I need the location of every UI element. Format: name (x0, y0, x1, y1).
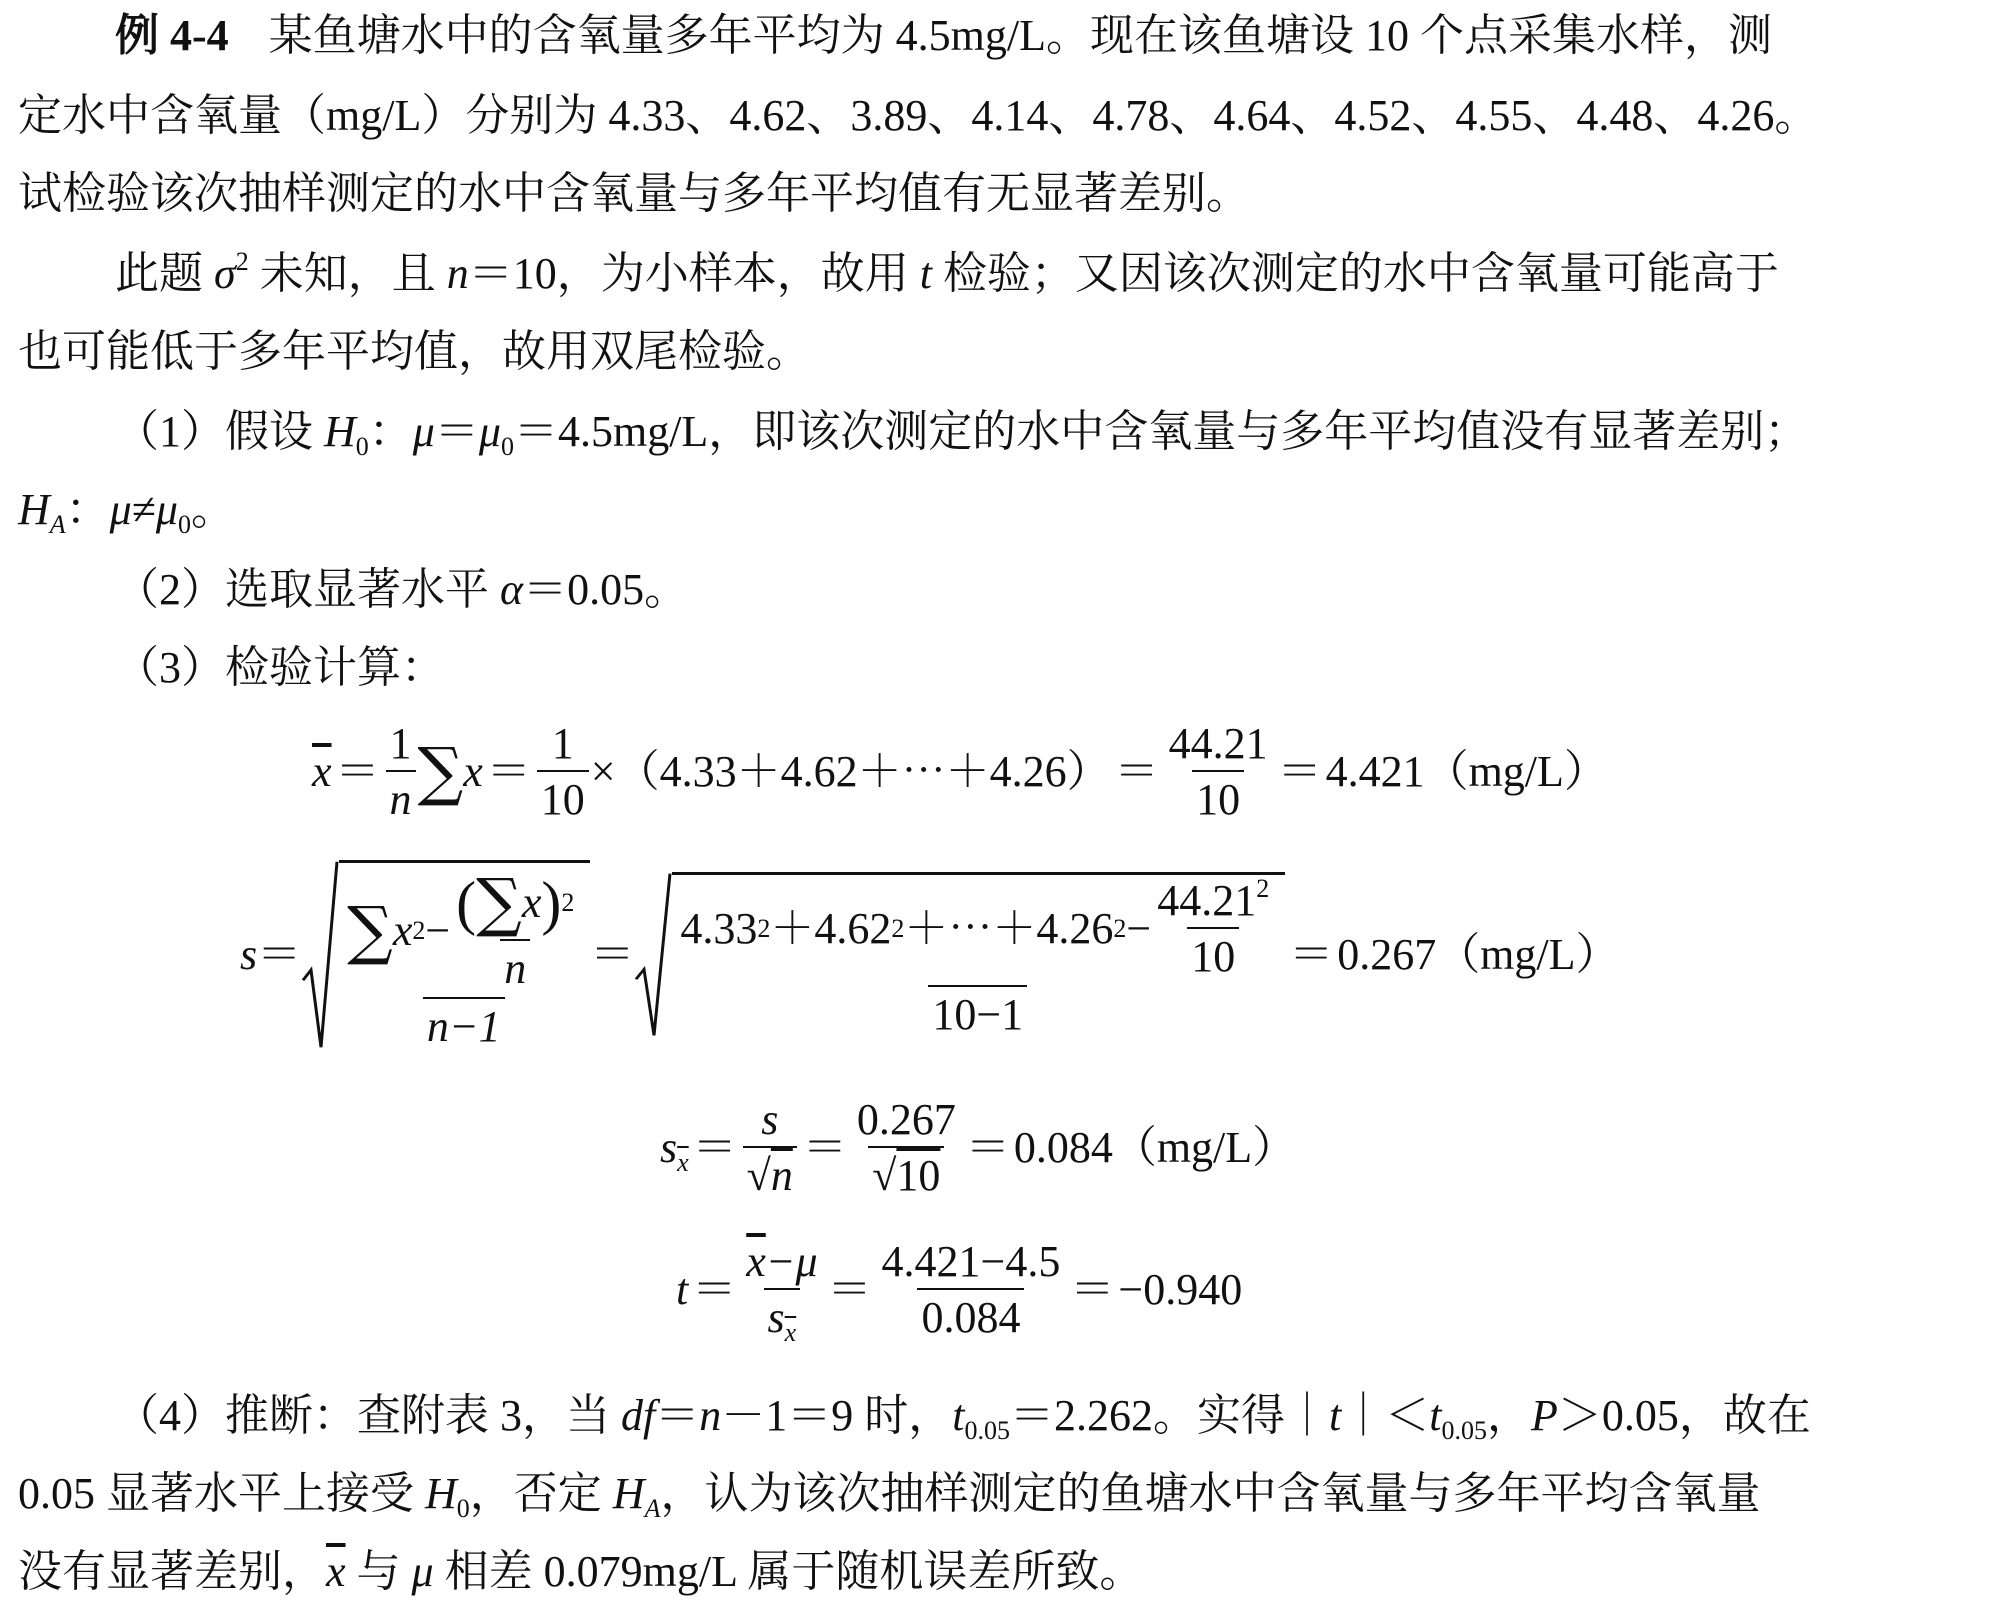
conclusion-text: 0.05 显著水平上接受 (18, 1469, 425, 1518)
step-1-hypothesis: （1）假设 H0：μ＝μ0＝4.5mg/L，即该次测定的水中含氧量与多年平均值没… (115, 410, 1808, 454)
denominator: n−1 (427, 1002, 501, 1051)
t-result: −0.940 (1118, 1268, 1242, 1312)
superscript: 2 (1256, 874, 1269, 903)
problem-line-3: 试检验该次抽样测定的水中含氧量与多年平均值有无显著差别。 (18, 172, 1250, 216)
step-text: （1）假设 (115, 407, 324, 456)
formula-se: sx ＝ s √n ＝ 0.267 √10 ＝ 0.084（mg/L） (660, 1098, 1296, 1198)
summation-icon: ∑ (476, 871, 522, 935)
denominator: 10 (1187, 927, 1239, 979)
analysis-text: 检验；又因该次测定的水中含氧量可能高于 (932, 249, 1779, 298)
step-text: ＝ (435, 407, 479, 456)
numerator: 1 (386, 722, 416, 770)
mu-symbol: μ (110, 485, 132, 534)
s-var: s (240, 933, 257, 977)
numerator: 4.421−4.5 (878, 1240, 1065, 1288)
problem-line-2: 定水中含氧量（mg/L）分别为 4.33、4.62、3.89、4.14、4.78… (18, 94, 1818, 138)
x-var: x (522, 881, 542, 925)
conclusion-text: 相差 0.079mg/L 属于随机误差所致。 (434, 1547, 1144, 1596)
fraction-1-over-10: 110 (537, 722, 589, 822)
x-bar: x (746, 1237, 766, 1286)
conclusion-text: －1＝9 时， (721, 1391, 952, 1440)
fraction-diff-over-se: x−μ sx (742, 1240, 821, 1340)
denominator: n (390, 775, 412, 824)
subscript: 0 (178, 510, 191, 539)
step-1-alt-hypothesis: HA：μ≠μ0。 (18, 488, 235, 532)
subscript: A (645, 1494, 661, 1523)
step-3-heading: （3）检验计算： (115, 646, 445, 690)
subscript: 0.05 (1441, 1416, 1487, 1445)
s-var: s (768, 1293, 785, 1342)
summation-icon: ∑ (418, 740, 464, 804)
h-symbol: H (425, 1469, 457, 1518)
equals: ＝ (966, 1126, 1010, 1170)
equals: ＝ (1278, 750, 1322, 794)
formula-t: t ＝ x−μ sx ＝ 4.421−4.5 0.084 ＝ −0.940 (676, 1240, 1242, 1340)
subscript: x (677, 1148, 689, 1177)
s-var: s (660, 1123, 677, 1172)
equals: ＝ (590, 933, 634, 977)
denominator: 10 (1192, 770, 1244, 822)
numerator: 0.267 (853, 1098, 960, 1146)
x-var: x (393, 909, 413, 953)
value: 4.33 (680, 907, 757, 951)
sigma-symbol: σ (214, 249, 236, 298)
step-text: ＝4.5mg/L，即该次测定的水中含氧量与多年平均值没有显著差别； (514, 407, 1808, 456)
neq-symbol: ≠ (132, 485, 156, 534)
mu-symbol: μ (156, 485, 178, 534)
denominator: n (771, 1151, 793, 1200)
subscript: 0 (501, 432, 514, 461)
equals: ＝ (487, 750, 531, 794)
conclusion-line-3: 没有显著差别，x 与 μ 相差 0.079mg/L 属于随机误差所致。 (18, 1550, 1143, 1594)
n-symbol: n (447, 249, 469, 298)
sqrt-icon: √ (872, 1151, 896, 1200)
denominator: 10 (896, 1151, 940, 1200)
analysis-text: ＝10，为小样本，故用 (469, 249, 920, 298)
x-bar: x (312, 750, 332, 794)
value: ＋⋯＋4.26 (904, 907, 1113, 951)
problem-line-1: 例 4-4某鱼塘水中的含氧量多年平均为 4.5mg/L。现在该鱼塘设 10 个点… (115, 14, 1772, 58)
mu-symbol: μ (413, 407, 435, 456)
sd-result: 0.267（mg/L） (1337, 933, 1619, 977)
subscript: A (50, 510, 66, 539)
numerator: 44.21 (1165, 722, 1272, 770)
subscript: 0.05 (964, 1416, 1010, 1445)
equals: ＝ (803, 1126, 847, 1170)
conclusion-text: ＝ (655, 1391, 699, 1440)
denominator: n (504, 944, 526, 993)
conclusion-text: ＝2.262。实得｜ (1010, 1391, 1329, 1440)
h-symbol: H (324, 407, 356, 456)
equals: ＝ (1115, 750, 1159, 794)
fraction-sd-over-sqrt-10: 0.267 √10 (853, 1098, 960, 1198)
x-bar: x (326, 1547, 346, 1596)
h-symbol: H (613, 1469, 645, 1518)
x-var: x (463, 750, 483, 794)
sum-expression: （4.33＋4.62＋⋯＋4.26） (616, 750, 1111, 794)
equals: ＝ (1289, 933, 1333, 977)
step-2-alpha: （2）选取显著水平 α＝0.05。 (115, 568, 688, 612)
analysis-line-2: 也可能低于多年平均值，故用双尾检验。 (18, 330, 810, 374)
sqrt-icon: √ (747, 1151, 771, 1200)
conclusion-text: 没有显著差别， (18, 1547, 326, 1596)
sqrt-icon (634, 872, 672, 1037)
se-result: 0.084（mg/L） (1014, 1126, 1296, 1170)
equals: ＝ (1070, 1268, 1114, 1312)
conclusion-text: 与 (346, 1547, 412, 1596)
denominator: 10−1 (928, 985, 1027, 1037)
radical-numeric: 4.332 ＋4.622 ＋⋯＋4.262 − 44.212 10 10−1 (634, 872, 1285, 1037)
n-symbol: n (699, 1391, 721, 1440)
equals: ＝ (693, 1126, 737, 1170)
t-symbol: t (1329, 1391, 1341, 1440)
alpha-symbol: α (500, 565, 523, 614)
problem-text-1: 某鱼塘水中的含氧量多年平均为 4.5mg/L。现在该鱼塘设 10 个点采集水样，… (269, 11, 1772, 60)
denominator: 0.084 (917, 1288, 1024, 1340)
conclusion-text: （4）推断：查附表 3，当 (115, 1391, 621, 1440)
step-text: 。 (191, 485, 235, 534)
conclusion-text: ，否定 (470, 1469, 613, 1518)
fraction-numeric: 4.421−4.5 0.084 (878, 1240, 1065, 1340)
numerator: 44.21 (1157, 876, 1256, 925)
subscript: 0 (457, 1494, 470, 1523)
equals: ＝ (828, 1268, 872, 1312)
fraction-1-over-n: 1n (386, 722, 416, 822)
equals: ＝ (336, 750, 380, 794)
conclusion-text: ｜＜ (1341, 1391, 1429, 1440)
formula-sd: s ＝ ∑x2 − (∑x)2 n n−1 ＝ (240, 860, 1620, 1049)
step-text: （2）选取显著水平 (115, 565, 500, 614)
subscript: 0 (356, 432, 369, 461)
paren: ) (541, 873, 561, 933)
equals: ＝ (257, 933, 301, 977)
df-symbol: df (621, 1391, 655, 1440)
t-var: t (676, 1268, 688, 1312)
times-symbol: × (591, 750, 616, 794)
paren: ( (456, 873, 476, 933)
analysis-line-1: 此题 σ2 未知，且 n＝10，为小样本，故用 t 检验；又因该次测定的水中含氧… (115, 252, 1779, 296)
summation-icon: ∑ (347, 899, 393, 963)
value: ＋4.62 (770, 907, 891, 951)
conclusion-text: ，认为该次抽样测定的鱼塘水中含氧量与多年平均含氧量 (660, 1469, 1760, 1518)
mu-symbol: μ (479, 407, 501, 456)
radical-general: ∑x2 − (∑x)2 n n−1 (301, 860, 590, 1049)
fraction-s-over-sqrt-n: s √n (743, 1098, 797, 1198)
minus: − (1126, 907, 1151, 951)
analysis-text: 此题 (115, 249, 214, 298)
mean-result: 4.421（mg/L） (1326, 750, 1608, 794)
superscript: 2 (236, 247, 249, 276)
minus: − (425, 909, 450, 953)
p-symbol: P (1531, 1391, 1558, 1440)
step-text: ： (369, 407, 413, 456)
example-label: 例 4-4 (115, 11, 229, 60)
denominator: 10 (537, 770, 589, 822)
fraction-total-over-10: 44.2110 (1165, 722, 1272, 822)
step-text: ： (66, 485, 110, 534)
t-symbol: t (920, 249, 932, 298)
conclusion-text: ， (1487, 1391, 1531, 1440)
mu-symbol: μ (412, 1547, 434, 1596)
analysis-text: 未知，且 (249, 249, 447, 298)
t-symbol: t (952, 1391, 964, 1440)
t-symbol: t (1429, 1391, 1441, 1440)
minus-mu: −μ (766, 1237, 818, 1286)
subscript: x (785, 1318, 797, 1347)
numerator: s (761, 1095, 778, 1144)
conclusion-line-1: （4）推断：查附表 3，当 df＝n－1＝9 时，t0.05＝2.262。实得｜… (115, 1394, 1811, 1438)
h-symbol: H (18, 485, 50, 534)
formula-mean: x ＝ 1n ∑ x ＝ 110 × （4.33＋4.62＋⋯＋4.26） ＝ … (312, 722, 1608, 822)
step-text: ＝0.05。 (523, 565, 688, 614)
numerator: 1 (548, 722, 578, 770)
conclusion-line-2: 0.05 显著水平上接受 H0，否定 HA，认为该次抽样测定的鱼塘水中含氧量与多… (18, 1472, 1760, 1516)
equals: ＝ (692, 1268, 736, 1312)
sqrt-icon (301, 860, 339, 1049)
conclusion-text: ＞0.05，故在 (1558, 1391, 1811, 1440)
